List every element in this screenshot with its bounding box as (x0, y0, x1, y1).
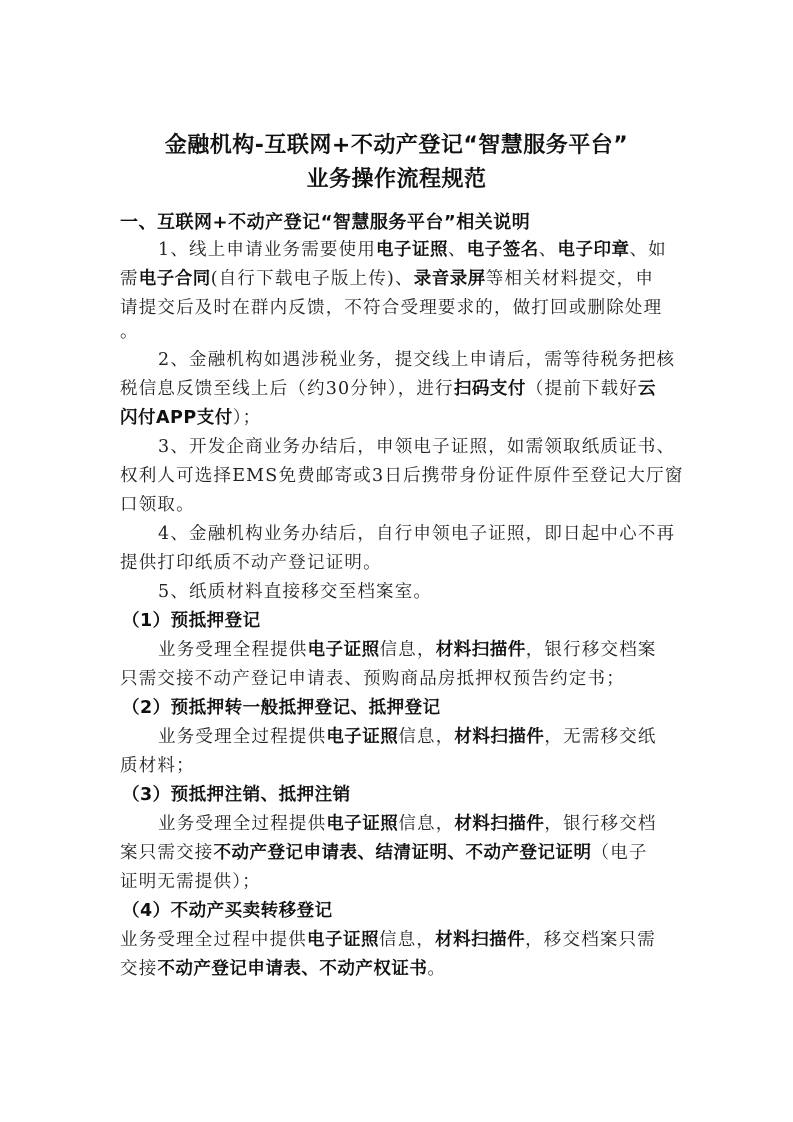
item-2-line-2: 税信息反馈至线上后（约30分钟），进行扫码支付（提前下载好云 (120, 375, 680, 404)
subsection-3-line-2: 案只需交接不动产登记申请表、结清证明、不动产登记证明（电子 (120, 839, 680, 868)
subsection-2-line-2: 质材料； (120, 752, 680, 781)
subsection-4-line-1: 业务受理全过程中提供电子证照信息，材料扫描件，移交档案只需 (120, 926, 680, 955)
subsection-2-heading: （2）预抵押转一般抵押登记、抵押登记 (122, 694, 682, 723)
subsection-4-heading: （4）不动产买卖转移登记 (122, 897, 682, 926)
subsection-1-line-1: 业务受理全程提供电子证照信息，材料扫描件，银行移交档案 (158, 636, 680, 665)
item-3-line-1: 3、开发企商业务办结后，申领电子证照，如需领取纸质证书、 (158, 433, 680, 462)
item-1-line-2: 需电子合同(自行下载电子版上传)、录音录屏等相关材料提交，申 (120, 265, 680, 294)
item-5: 5、纸质材料直接移交至档案室。 (158, 578, 680, 607)
subsection-2-line-1: 业务受理全过程提供电子证照信息，材料扫描件，无需移交纸 (158, 723, 680, 752)
subsection-4-line-2: 交接不动产登记申请表、不动产权证书。 (120, 955, 680, 984)
item-3-line-3: 口领取。 (120, 491, 680, 520)
item-2-line-1: 2、金融机构如遇涉税业务，提交线上申请后，需等待税务把核 (158, 346, 680, 375)
document-title-line-2: 业务操作流程规范 (0, 162, 793, 193)
subsection-3-line-3: 证明无需提供）； (120, 868, 680, 897)
item-3-line-2: 权利人可选择EMS免费邮寄或3日后携带身份证件原件至登记大厅窗 (120, 462, 680, 491)
subsection-1-heading: （1）预抵押登记 (122, 607, 682, 636)
item-4-line-2: 提供打印纸质不动产登记证明。 (120, 549, 680, 578)
subsection-3-line-1: 业务受理全过程提供电子证照信息，材料扫描件，银行移交档 (158, 810, 680, 839)
subsection-3-heading: （3）预抵押注销、抵押注销 (122, 781, 682, 810)
item-1-line-1: 1、线上申请业务需要使用电子证照、电子签名、电子印章、如 (158, 236, 680, 265)
item-2-line-3: 闪付APP支付）； (120, 404, 680, 433)
section-1-heading: 一、互联网+不动产登记“智慧服务平台”相关说明 (120, 208, 680, 237)
item-4-line-1: 4、金融机构业务办结后，自行申领电子证照，即日起中心不再 (158, 520, 680, 549)
item-1-line-4: 。 (120, 318, 680, 347)
subsection-1-line-2: 只需交接不动产登记申请表、预购商品房抵押权预告约定书； (120, 665, 680, 694)
document-title-line-1: 金融机构-互联网+不动产登记“智慧服务平台” (0, 128, 793, 159)
